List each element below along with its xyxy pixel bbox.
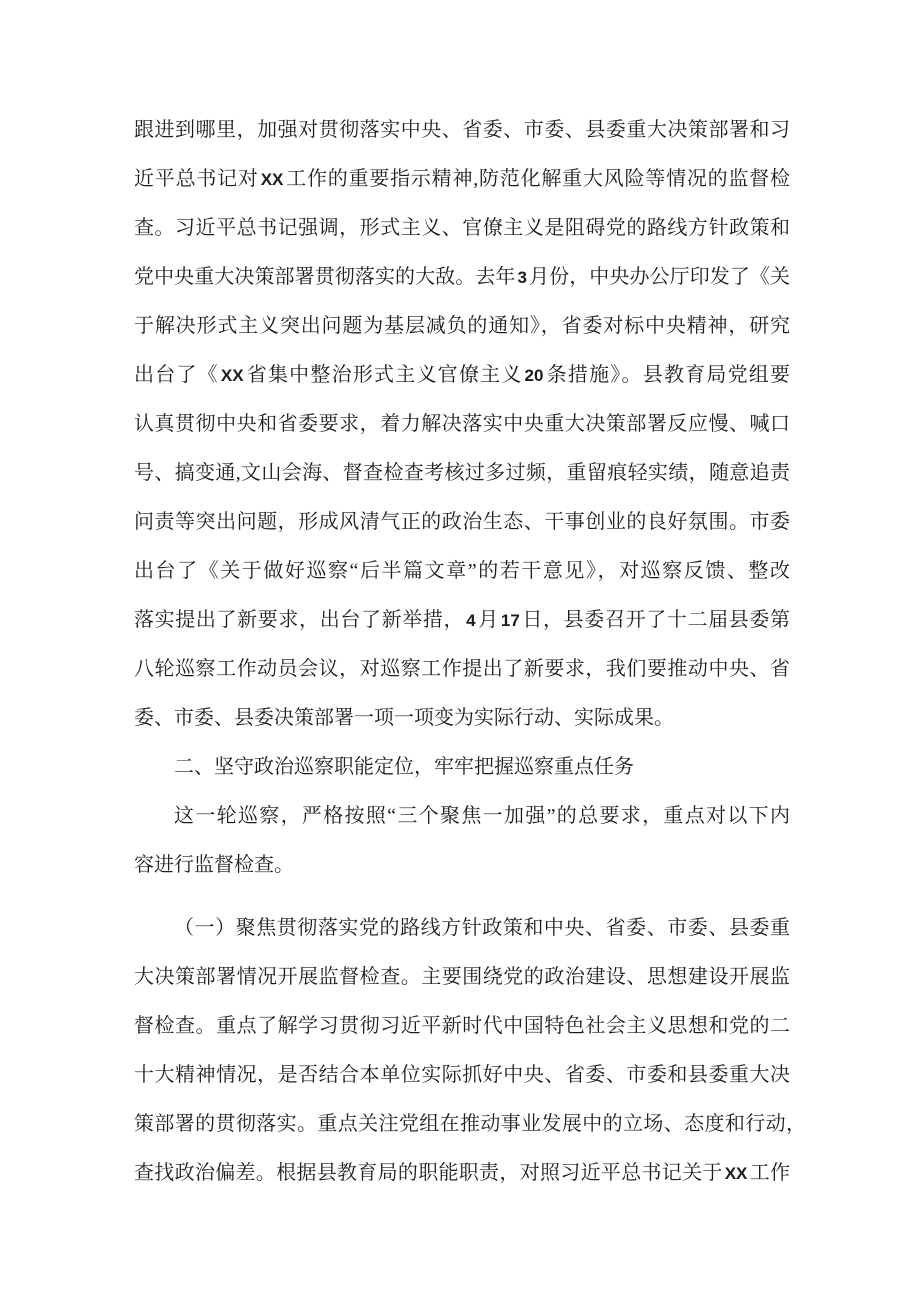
emphasis-run: XX bbox=[725, 1164, 748, 1183]
text-run: 党中央重大决策部署贯彻落实的大敌。去年 bbox=[134, 266, 516, 288]
text-line: 八轮巡察工作动员会议，对巡察工作提出了新要求，我们要推动中央、省 bbox=[134, 645, 790, 694]
emphasis-run: 20 bbox=[525, 366, 544, 385]
text-run: 省集中整治形式主义官僚主义 bbox=[246, 364, 523, 386]
text-run: 月份，中央办公厅印发了《关 bbox=[529, 266, 790, 288]
text-line: 号、搞变通,文山会海、督查检查考核过多过频，重留痕轻实绩，随意追责 bbox=[134, 449, 790, 498]
text-run: 十大精神情况，是否结合本单位实际抓好中央、省委、市委和县委重大决 bbox=[134, 1064, 790, 1086]
text-run: 跟进到哪里，加强对贯彻落实中央、省委、市委、县委重大决策部署和习 bbox=[134, 119, 790, 141]
text-run: 容进行监督检查。 bbox=[134, 854, 294, 876]
text-line: 问责等突出问题，形成风清气正的政治生态、干事创业的良好氛围。市委 bbox=[134, 498, 790, 547]
text-line: 党中央重大决策部署贯彻落实的大敌。去年3月份，中央办公厅印发了《关 bbox=[134, 253, 790, 302]
text-run: 出台了《关于做好巡察“后半篇文章”的若干意见》，对巡察反馈、整改 bbox=[134, 560, 790, 582]
emphasis-run: 3 bbox=[518, 268, 527, 287]
text-run: 查。习近平总书记强调，形式主义、官僚主义是阻碍党的路线方针政策和 bbox=[134, 217, 790, 239]
text-line: 查找政治偏差。根据县教育局的职能职责，对照习近平总书记关于XX工作 bbox=[134, 1149, 790, 1198]
text-line: （一）聚焦贯彻落实党的路线方针政策和中央、省委、市委、县委重 bbox=[134, 904, 790, 953]
text-run: 工作的重要指示精神,防范化解重大风险等情况的监督检 bbox=[285, 168, 790, 190]
text-line: 查。习近平总书记强调，形式主义、官僚主义是阻碍党的路线方针政策和 bbox=[134, 204, 790, 253]
text-run: 月 bbox=[478, 609, 499, 631]
text-line: 十大精神情况，是否结合本单位实际抓好中央、省委、市委和县委重大决 bbox=[134, 1051, 790, 1100]
text-run: 策部署的贯彻落实。重点关注党组在推动事业发展中的立场、态度和行动， bbox=[134, 1113, 806, 1135]
text-run: 条措施》。县教育局党组要 bbox=[545, 364, 790, 386]
text-run: 号、搞变通,文山会海、督查检查考核过多过频，重留痕轻实绩，随意追责 bbox=[134, 462, 790, 484]
text-run: 问责等突出问题，形成风清气正的政治生态、干事创业的良好氛围。市委 bbox=[134, 511, 790, 533]
text-run: 这一轮巡察，严格按照“三个聚焦一加强”的总要求，重点对以下内 bbox=[174, 805, 790, 827]
text-line: 出台了《XX省集中整治形式主义官僚主义20条措施》。县教育局党组要 bbox=[134, 351, 790, 400]
text-line: 落实提出了新要求，出台了新举措，4月17日，县委召开了十二届县委第 bbox=[134, 596, 790, 645]
text-run: 二、坚守政治巡察职能定位，牢牢把握巡察重点任务 bbox=[174, 756, 634, 778]
text-line: 出台了《关于做好巡察“后半篇文章”的若干意见》，对巡察反馈、整改 bbox=[134, 547, 790, 596]
text-run: （一）聚焦贯彻落实党的路线方针政策和中央、省委、市委、县委重 bbox=[174, 917, 790, 939]
emphasis-run: 17 bbox=[501, 611, 520, 630]
text-run: 查找政治偏差。根据县教育局的职能职责，对照习近平总书记关于 bbox=[134, 1162, 723, 1184]
text-run: 督检查。重点了解学习贯彻习近平新时代中国特色社会主义思想和党的二 bbox=[134, 1015, 790, 1037]
text-run: 大决策部署情况开展监督检查。主要围绕党的政治建设、思想建设开展监 bbox=[134, 966, 790, 988]
text-line: 大决策部署情况开展监督检查。主要围绕党的政治建设、思想建设开展监 bbox=[134, 953, 790, 1002]
text-run: 出台了《 bbox=[134, 364, 219, 386]
text-run: 委、市委、县委决策部署一项一项变为实际行动、实际成果。 bbox=[134, 707, 674, 729]
text-line: 于解决形式主义突出问题为基层减负的通知》，省委对标中央精神，研究 bbox=[134, 302, 790, 351]
text-run: 日，县委召开了十二届县委第 bbox=[522, 609, 790, 631]
emphasis-run: 4 bbox=[466, 611, 475, 630]
text-line: 容进行监督检查。 bbox=[134, 841, 790, 890]
text-run: 落实提出了新要求，出台了新举措， bbox=[134, 609, 464, 631]
text-line: 委、市委、县委决策部署一项一项变为实际行动、实际成果。 bbox=[134, 694, 790, 743]
text-line: 策部署的贯彻落实。重点关注党组在推动事业发展中的立场、态度和行动， bbox=[134, 1100, 806, 1149]
text-run: 近平总书记对 bbox=[134, 168, 259, 190]
document-page: 跟进到哪里，加强对贯彻落实中央、省委、市委、县委重大决策部署和习近平总书记对XX… bbox=[0, 0, 920, 1301]
emphasis-run: XX bbox=[221, 366, 244, 385]
text-line: 督检查。重点了解学习贯彻习近平新时代中国特色社会主义思想和党的二 bbox=[134, 1002, 790, 1051]
text-run: 八轮巡察工作动员会议，对巡察工作提出了新要求，我们要推动中央、省 bbox=[134, 658, 790, 680]
text-line: 二、坚守政治巡察职能定位，牢牢把握巡察重点任务 bbox=[134, 743, 790, 792]
text-line: 跟进到哪里，加强对贯彻落实中央、省委、市委、县委重大决策部署和习 bbox=[134, 106, 790, 155]
text-run: 工作 bbox=[749, 1162, 790, 1184]
text-run: 于解决形式主义突出问题为基层减负的通知》，省委对标中央精神，研究 bbox=[134, 315, 790, 337]
emphasis-run: XX bbox=[261, 170, 284, 189]
text-line: 这一轮巡察，严格按照“三个聚焦一加强”的总要求，重点对以下内 bbox=[134, 792, 790, 841]
text-run: 认真贯彻中央和省委要求，着力解决落实中央重大决策部署反应慢、喊口 bbox=[134, 413, 790, 435]
document-body: 跟进到哪里，加强对贯彻落实中央、省委、市委、县委重大决策部署和习近平总书记对XX… bbox=[134, 106, 790, 1198]
text-line: 认真贯彻中央和省委要求，着力解决落实中央重大决策部署反应慢、喊口 bbox=[134, 400, 790, 449]
text-line: 近平总书记对XX工作的重要指示精神,防范化解重大风险等情况的监督检 bbox=[134, 155, 790, 204]
